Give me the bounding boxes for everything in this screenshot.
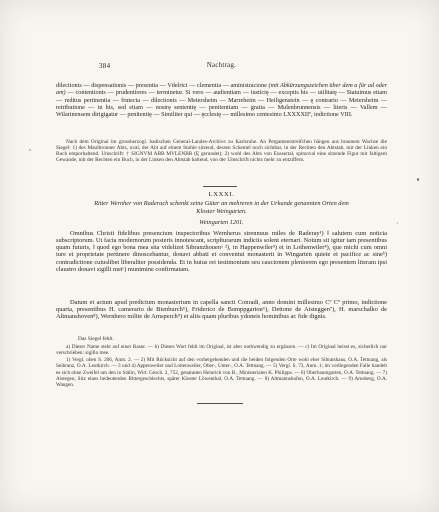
scanned-page: 384 Nachtrag. dilectionis — dispensation… bbox=[0, 0, 439, 512]
scan-artifact bbox=[29, 149, 31, 151]
scan-artifact bbox=[417, 178, 419, 181]
end-of-page-rule bbox=[197, 403, 243, 404]
running-title: Nachtrag. bbox=[56, 62, 387, 69]
seal-note: Das Siegel fehlt. bbox=[78, 336, 114, 342]
charter-body-paragraph-2: Datum et actum apud predictum monasteriu… bbox=[56, 299, 387, 320]
provenance-note: Nach dem Original im grossherzogl. badis… bbox=[56, 139, 387, 164]
variant-readings-part1: dilectionis — dispensationis — presentia… bbox=[56, 82, 269, 89]
section-divider-rule bbox=[203, 186, 237, 187]
charter-heading: Ritter Wernher von Raderach schenkt sein… bbox=[86, 200, 357, 215]
charter-dateline: Weingarten 1201. bbox=[56, 219, 387, 226]
charter-number: LXXXI. bbox=[56, 191, 387, 198]
variant-readings-part2: — contentionis — prudentiores — terminet… bbox=[56, 89, 387, 118]
footnotes-numbers: 1) Vergl. oben S. 206, Anm. 2. — 2) Mit … bbox=[56, 357, 387, 389]
variant-readings-paragraph: dilectionis — dispensationis — presentia… bbox=[56, 82, 387, 118]
charter-body-paragraph-1: Omnibus Christi fidelibus presencium ins… bbox=[56, 230, 387, 273]
scan-artifact bbox=[397, 222, 398, 224]
footnotes-letters: a) Dieser Name steht auf einer Rasur. — … bbox=[56, 344, 387, 356]
